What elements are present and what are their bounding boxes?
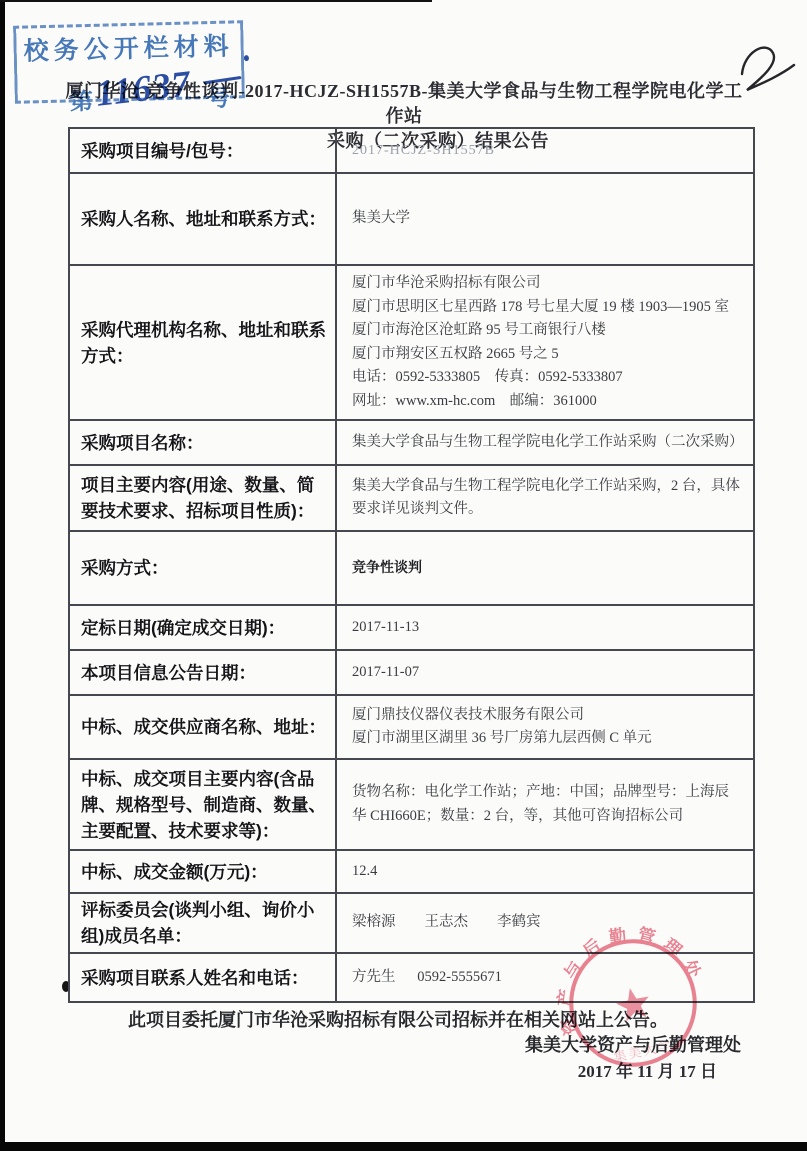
row-value: 集美大学食品与生物工程学院电化学工作站采购，2 台，具体要求详见谈判文件。	[337, 466, 753, 530]
row-label: 采购代理机构名称、地址和联系方式：	[70, 266, 337, 419]
table-row: 中标、成交项目主要内容(含品牌、规格型号、制造商、数量、主要配置、技术要求等)：…	[70, 760, 753, 851]
scan-edge-top	[0, 0, 432, 2]
row-value: 货物名称：电化学工作站；产地：中国；品牌型号：上海辰华 CHI660E；数量：2…	[337, 760, 753, 849]
table-row: 项目主要内容(用途、数量、简要技术要求、招标项目性质)：集美大学食品与生物工程学…	[70, 466, 753, 532]
row-label: 项目主要内容(用途、数量、简要技术要求、招标项目性质)：	[70, 466, 337, 530]
scan-edge-bottom	[0, 1142, 807, 1151]
row-label: 采购项目名称：	[70, 421, 337, 464]
row-label: 评标委员会(谈判小组、询价小组)成员名单：	[70, 894, 337, 952]
row-label: 中标、成交金额(万元)：	[70, 851, 337, 892]
row-label: 采购方式：	[70, 532, 337, 604]
table-row: 采购项目编号/包号：2017-HCJZ-SH1557B	[70, 129, 753, 174]
row-label: 定标日期(确定成交日期)：	[70, 606, 337, 649]
row-value: 集美大学	[337, 174, 753, 264]
row-label: 本项目信息公告日期：	[70, 651, 337, 694]
row-value: 厦门市华沧采购招标有限公司厦门市思明区七星西路 178 号七星大厦 19 楼 1…	[337, 266, 753, 419]
table-row: 采购项目名称：集美大学食品与生物工程学院电化学工作站采购（二次采购）	[70, 421, 753, 466]
row-value: 竞争性谈判	[337, 532, 753, 604]
row-label: 采购项目联系人姓名和电话：	[70, 954, 337, 1001]
result-table: 采购项目编号/包号：2017-HCJZ-SH1557B采购人名称、地址和联系方式…	[68, 127, 755, 1003]
table-row: 本项目信息公告日期：2017-11-07	[70, 651, 753, 696]
row-value: 2017-11-07	[337, 651, 753, 694]
row-value: 2017-HCJZ-SH1557B	[337, 129, 753, 172]
row-value: 厦门鼎技仪器仪表技术服务有限公司厦门市湖里区湖里 36 号厂房第九层西侧 C 单…	[337, 696, 753, 758]
handwritten-page-number	[726, 28, 806, 108]
table-row: 中标、成交金额(万元)：12.4	[70, 851, 753, 894]
row-label: 中标、成交供应商名称、地址：	[70, 696, 337, 758]
table-row: 定标日期(确定成交日期)：2017-11-13	[70, 606, 753, 651]
row-value: 12.4	[337, 851, 753, 892]
table-row: 采购代理机构名称、地址和联系方式：厦门市华沧采购招标有限公司厦门市思明区七星西路…	[70, 266, 753, 421]
public-board-registry-stamp: 校务公开栏材料 第 11637 号	[13, 20, 245, 104]
seal-bottom-text: 集美大学	[612, 1036, 675, 1064]
table-row: 采购方式：竞争性谈判	[70, 532, 753, 606]
row-label: 采购项目编号/包号：	[70, 129, 337, 172]
handwritten-ink-dot	[244, 55, 249, 61]
row-label: 中标、成交项目主要内容(含品牌、规格型号、制造商、数量、主要配置、技术要求等)：	[70, 760, 337, 849]
star-icon	[614, 985, 653, 1023]
table-row: 采购人名称、地址和联系方式：集美大学	[70, 174, 753, 266]
row-label: 采购人名称、地址和联系方式：	[70, 174, 337, 264]
row-value: 集美大学食品与生物工程学院电化学工作站采购（二次采购）	[337, 421, 753, 464]
registry-stamp-title: 校务公开栏材料	[16, 26, 241, 67]
university-seal-stamp: 资产与后勤管理处 集美大学	[533, 903, 732, 1102]
registry-stamp-suffix: 号	[206, 80, 230, 114]
row-value: 2017-11-13	[337, 606, 753, 649]
registry-stamp-prefix: 第	[70, 83, 94, 117]
scan-edge-left	[0, 0, 5, 1151]
scanned-document-page: 校务公开栏材料 第 11637 号 厦门华沧-竞争性谈判-2017-HCJZ-S…	[0, 0, 807, 1151]
table-row: 中标、成交供应商名称、地址：厦门鼎技仪器仪表技术服务有限公司厦门市湖里区湖里 3…	[70, 696, 753, 760]
